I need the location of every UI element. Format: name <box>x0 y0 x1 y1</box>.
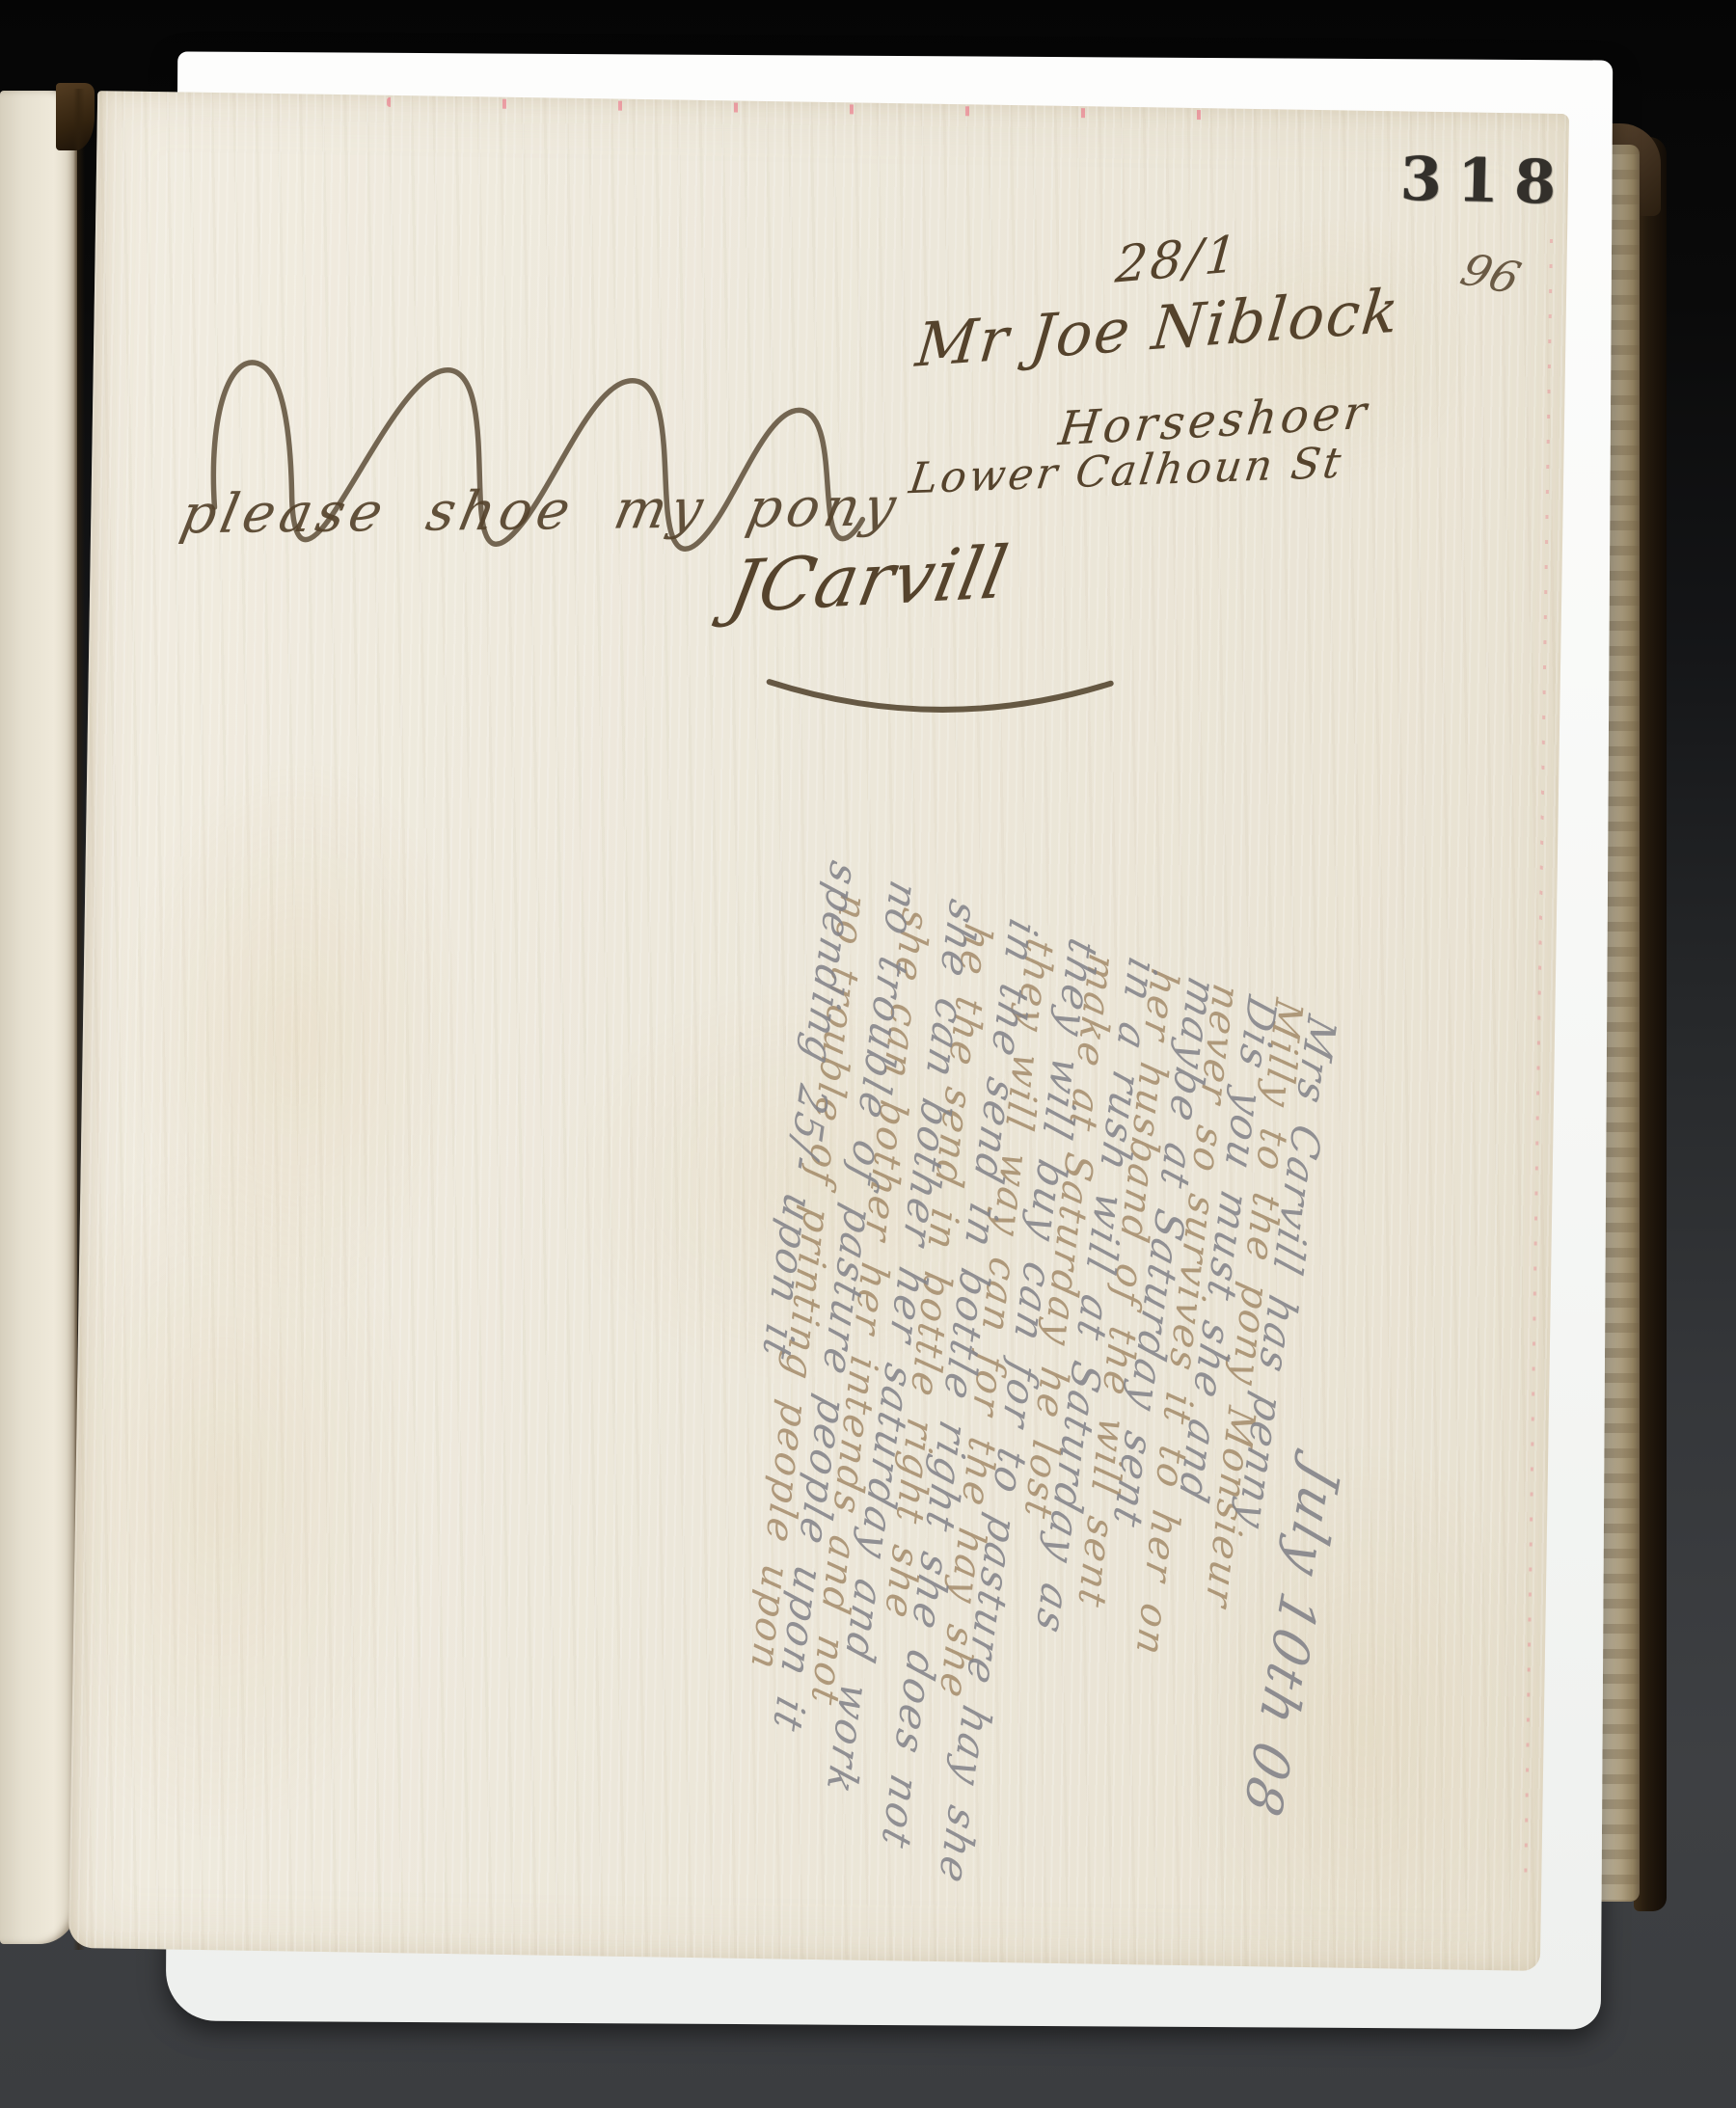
rotated-letter-lines: Milly to the pony Monsieurnever so survi… <box>358 859 1359 1995</box>
ink-squiggle-mark: 96 <box>1454 244 1527 305</box>
signature: JCarvill <box>722 530 1015 630</box>
left-facing-page-edge <box>0 91 77 1944</box>
request-line: please shoe my pony <box>176 475 906 546</box>
ledger-page: 318 96 28/1 Mr Joe Niblock Horseshoer Lo… <box>68 91 1569 1971</box>
page-number-stamp: 318 <box>1399 144 1572 218</box>
photographed-ledger-scan: { "page": { "stamp_number": "318", "ink_… <box>0 0 1736 2108</box>
signature-underline-flourish <box>757 664 1125 738</box>
docket-number: 28/1 <box>1113 226 1241 295</box>
rotated-letter-block: Milly to the pony Monsieurnever so survi… <box>337 883 1379 1974</box>
